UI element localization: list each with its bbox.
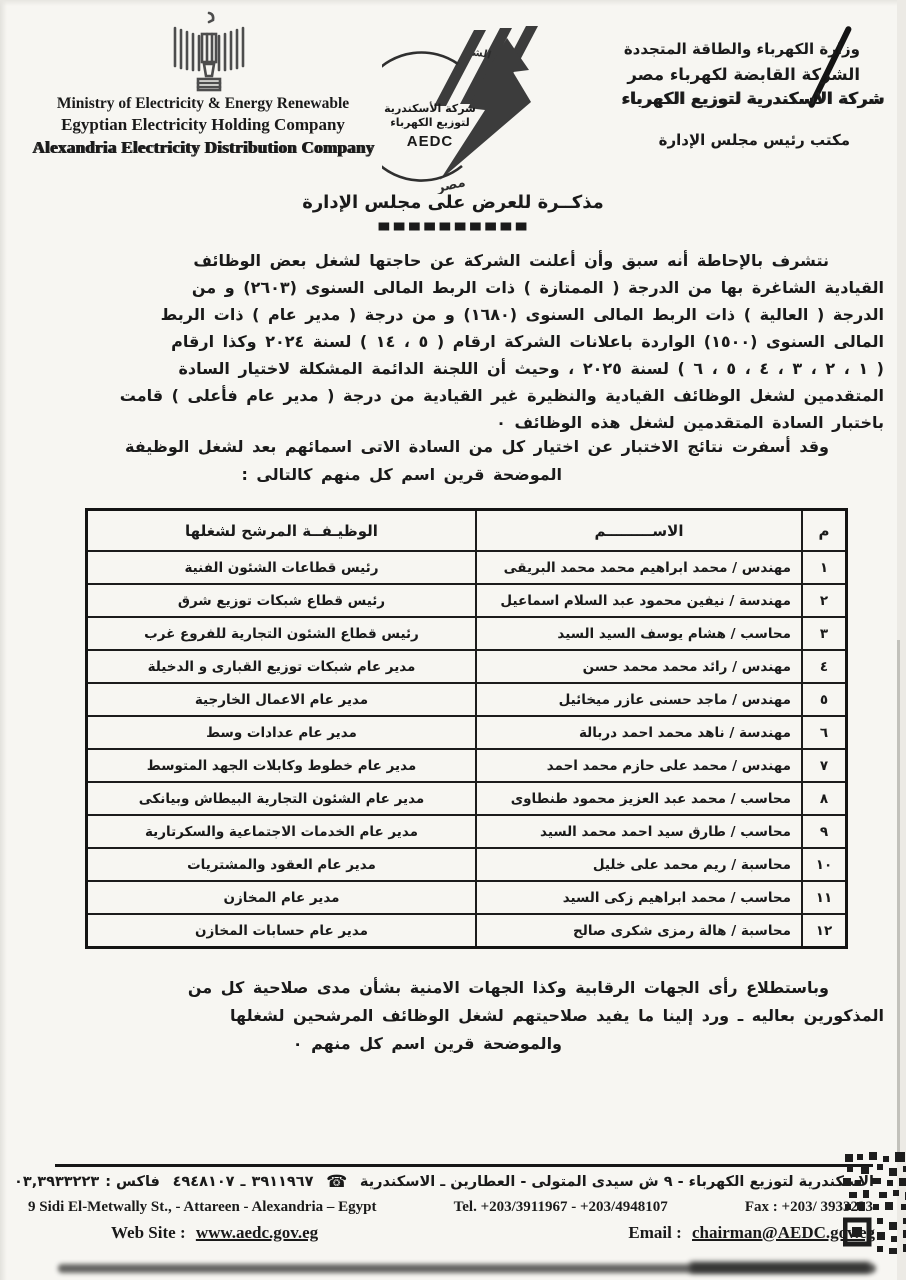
row-number: ٢ — [802, 584, 847, 617]
paragraph-results: وقد أسفرت نتائج الاختبار عن اختيار كل من… — [126, 433, 884, 489]
paragraph-intro: نتشرف بالإحاطة أنه سبق وأن أعلنت الشركة … — [126, 247, 884, 436]
footer-web-email: Web Site : www.aedc.gov.eg Email : chair… — [105, 1223, 875, 1243]
row-number: ٩ — [802, 815, 847, 848]
col-header-position: الوظيـفــة المرشح لشغلها — [87, 510, 477, 552]
holding-company-ar: الشركة القابضة لكهرباء مصر — [560, 65, 860, 84]
paragraph-line: القيادية الشاغرة بها من الدرجة ( الممتاز… — [126, 274, 884, 301]
candidate-name: محاسبة / ريم محمد على خليل — [476, 848, 802, 881]
row-number: ٨ — [802, 782, 847, 815]
header-arabic-block: وزارة الكهرباء والطاقة المتجددة الشركة ا… — [560, 40, 860, 149]
table-body: ١ مهندس / محمد ابراهيم محمد محمد البريقى… — [87, 551, 847, 948]
row-number: ١٢ — [802, 914, 847, 948]
candidate-position: مدير عام العقود والمشتريات — [87, 848, 477, 881]
candidate-position: مدير عام الخدمات الاجتماعية والسكرتارية — [87, 815, 477, 848]
website-label: Web Site : — [111, 1223, 186, 1242]
table-row: ١٢ محاسبة / هالة رمزى شكرى صالح مدير عام… — [87, 914, 847, 948]
row-number: ٧ — [802, 749, 847, 782]
paragraph-line: الدرجة ( العالية ) ذات الربط المالى السن… — [126, 301, 884, 328]
row-number: ١١ — [802, 881, 847, 914]
candidate-position: مدير عام شبكات توزيع القبارى و الدخيلة — [87, 650, 477, 683]
candidate-position: مدير عام المخازن — [87, 881, 477, 914]
table-row: ٣ محاسب / هشام يوسف السيد السيد رئيس قطا… — [87, 617, 847, 650]
candidate-position: رئيس قطاعات الشئون الفنية — [87, 551, 477, 584]
table-row: ٩ محاسب / طارق سيد احمد محمد السيد مدير … — [87, 815, 847, 848]
candidate-name: مهندسة / نيفين محمود عبد السلام اسماعيل — [476, 584, 802, 617]
paragraph-line: الموضحة قرين اسم كل منهم كالتالى : — [126, 461, 562, 489]
candidate-name: محاسب / طارق سيد احمد محمد السيد — [476, 815, 802, 848]
footer-address-ar: الاسكندرية لتوزيع الكهرباء - ٩ ش سيدى ال… — [360, 1174, 874, 1190]
website-url: www.aedc.gov.eg — [196, 1223, 318, 1242]
footer-dash: ـ — [241, 1174, 246, 1190]
paragraph-line: المتقدمين لشغل الوظائف القيادية والنظيرة… — [126, 382, 884, 409]
candidate-position: مدير عام خطوط وكابلات الجهد المتوسط — [87, 749, 477, 782]
title-underline: ========== — [0, 216, 906, 236]
qr-code — [843, 1152, 906, 1260]
memo-title: مذكــرة للعرض على مجلس الإدارة — [0, 192, 906, 213]
paragraph-line: وقد أسفرت نتائج الاختبار عن اختيار كل من… — [126, 433, 884, 461]
table-row: ١٠ محاسبة / ريم محمد على خليل مدير عام ا… — [87, 848, 847, 881]
footer-phones-ar: ٣٩١١٩٦٧ ـ ٤٩٤٨١٠٧ — [173, 1174, 314, 1190]
email-label: Email : — [628, 1223, 681, 1242]
paragraph-clearance: وباستطلاع رأى الجهات الرقابية وكذا الجها… — [126, 974, 884, 1058]
row-number: ٥ — [802, 683, 847, 716]
row-number: ١ — [802, 551, 847, 584]
footer-tel1-ar: ٣٩١١٩٦٧ — [251, 1174, 313, 1190]
ministry-name-ar: وزارة الكهرباء والطاقة المتجددة — [560, 40, 860, 58]
logo-company-line1: شركة الأسكندرية — [382, 102, 478, 116]
candidate-position: مدير عام حسابات المخازن — [87, 914, 477, 948]
table-header: م الاســـــــــم الوظيـفــة المرشح لشغله… — [87, 510, 847, 552]
paragraph-line: وباستطلاع رأى الجهات الرقابية وكذا الجها… — [126, 974, 884, 1002]
footer-tel-en: Tel. +203/3911967 - +203/4948107 — [454, 1199, 668, 1216]
scan-edge-top — [0, 0, 906, 6]
candidate-position: رئيس قطاع الشئون التجارية للفروع غرب — [87, 617, 477, 650]
row-number: ٤ — [802, 650, 847, 683]
col-header-name: الاســـــــــم — [476, 510, 802, 552]
egypt-eagle-emblem-icon — [168, 8, 250, 102]
email-entry: Email : chairman@AEDC.gov.eg — [622, 1223, 875, 1243]
paragraph-line: ( ١ ، ٢ ، ٣ ، ٤ ، ٥ ، ٦ ) لسنة ٢٠٢٥ ، وح… — [126, 355, 884, 382]
table-row: ٤ مهندس / رائد محمد محمد حسن مدير عام شب… — [87, 650, 847, 683]
candidate-name: محاسب / محمد عبد العزيز محمود طنطاوى — [476, 782, 802, 815]
footer-tel2-ar: ٤٩٤٨١٠٧ — [173, 1174, 235, 1190]
candidate-position: رئيس قطاع شبكات توزيع شرق — [87, 584, 477, 617]
logo-company-line2: لتوزيع الكهرباء — [382, 116, 478, 130]
footer-address-en: 9 Sidi El-Metwally St., - Attareen - Ale… — [28, 1199, 376, 1216]
candidate-name: محاسبة / هالة رمزى شكرى صالح — [476, 914, 802, 948]
logo-acronym: AEDC — [382, 133, 478, 150]
distribution-company-ar: شركة الاسكندرية لتوزيع الكهرباء — [560, 89, 884, 108]
row-number: ٦ — [802, 716, 847, 749]
table-header-row: م الاســـــــــم الوظيـفــة المرشح لشغله… — [87, 510, 847, 552]
table-row: ١ مهندس / محمد ابراهيم محمد محمد البريقى… — [87, 551, 847, 584]
table-row: ١١ محاسب / محمد ابراهيم زكى السيد مدير ع… — [87, 881, 847, 914]
footer-fax-ar: فاكس : ٠٣,٣٩٣٣٢٢٣ — [14, 1174, 160, 1190]
holding-company-en: Egyptian Electricity Holding Company — [28, 115, 378, 135]
header-english-block: Ministry of Electricity & Energy Renewab… — [28, 95, 378, 158]
candidate-position: مدير عام الشئون التجارية البيطاش وبيانكى — [87, 782, 477, 815]
table-row: ٨ محاسب / محمد عبد العزيز محمود طنطاوى م… — [87, 782, 847, 815]
table-row: ٥ مهندس / ماجد حسنى عازر ميخائيل مدير عا… — [87, 683, 847, 716]
scan-bottom-artifact-dark — [690, 1262, 870, 1273]
candidate-name: محاسب / محمد ابراهيم زكى السيد — [476, 881, 802, 914]
paragraph-line: المذكورين بعاليه ـ ورد إلينا ما يفيد صلا… — [126, 1002, 884, 1030]
candidates-table: م الاســـــــــم الوظيـفــة المرشح لشغله… — [85, 508, 848, 949]
paragraph-line: نتشرف بالإحاطة أنه سبق وأن أعلنت الشركة … — [126, 247, 884, 274]
row-number: ١٠ — [802, 848, 847, 881]
paragraph-line: باختبار السادة المتقدمين لشغل هذه الوظائ… — [126, 409, 884, 436]
candidate-name: مهندسة / ناهد محمد احمد دربالة — [476, 716, 802, 749]
candidate-name: مهندس / رائد محمد محمد حسن — [476, 650, 802, 683]
table-row: ٦ مهندسة / ناهد محمد احمد دربالة مدير عا… — [87, 716, 847, 749]
table-row: ٢ مهندسة / نيفين محمود عبد السلام اسماعي… — [87, 584, 847, 617]
col-header-number: م — [802, 510, 847, 552]
chairman-office-ar: مكتب رئيس مجلس الإدارة — [560, 131, 850, 149]
footer-arabic: الاسكندرية لتوزيع الكهرباء - ٩ ش سيدى ال… — [14, 1172, 874, 1192]
distribution-company-en: Alexandria Electricity Distribution Comp… — [28, 138, 378, 158]
row-number: ٣ — [802, 617, 847, 650]
scanned-memo-page: Ministry of Electricity & Energy Renewab… — [0, 0, 906, 1280]
footer-divider — [55, 1164, 873, 1167]
ministry-name-en: Ministry of Electricity & Energy Renewab… — [28, 95, 378, 113]
footer-fax-number-ar: ٠٣,٣٩٣٣٢٢٣ — [14, 1174, 99, 1190]
scan-artifact-line — [897, 640, 900, 1160]
table-row: ٧ مهندس / محمد على حازم محمد احمد مدير ع… — [87, 749, 847, 782]
phone-icon: ☎ — [326, 1172, 347, 1192]
website-entry: Web Site : www.aedc.gov.eg — [105, 1223, 318, 1243]
candidate-position: مدير عام عدادات وسط — [87, 716, 477, 749]
logo-side-label: شركة الأسكندرية لتوزيع الكهرباء AEDC — [382, 102, 478, 150]
candidate-name: محاسب / هشام يوسف السيد السيد — [476, 617, 802, 650]
paragraph-line: والموضحة قرين اسم كل منهم ٠ — [126, 1030, 562, 1058]
paragraph-line: المالى السنوى (١٥٠٠) الواردة باعلانات ال… — [126, 328, 884, 355]
candidate-name: مهندس / محمد ابراهيم محمد محمد البريقى — [476, 551, 802, 584]
footer-fax-label-ar: فاكس : — [105, 1174, 160, 1190]
footer-english: 9 Sidi El-Metwally St., - Attareen - Ale… — [28, 1199, 873, 1216]
candidate-name: مهندس / محمد على حازم محمد احمد — [476, 749, 802, 782]
candidate-position: مدير عام الاعمال الخارجية — [87, 683, 477, 716]
candidate-name: مهندس / ماجد حسنى عازر ميخائيل — [476, 683, 802, 716]
